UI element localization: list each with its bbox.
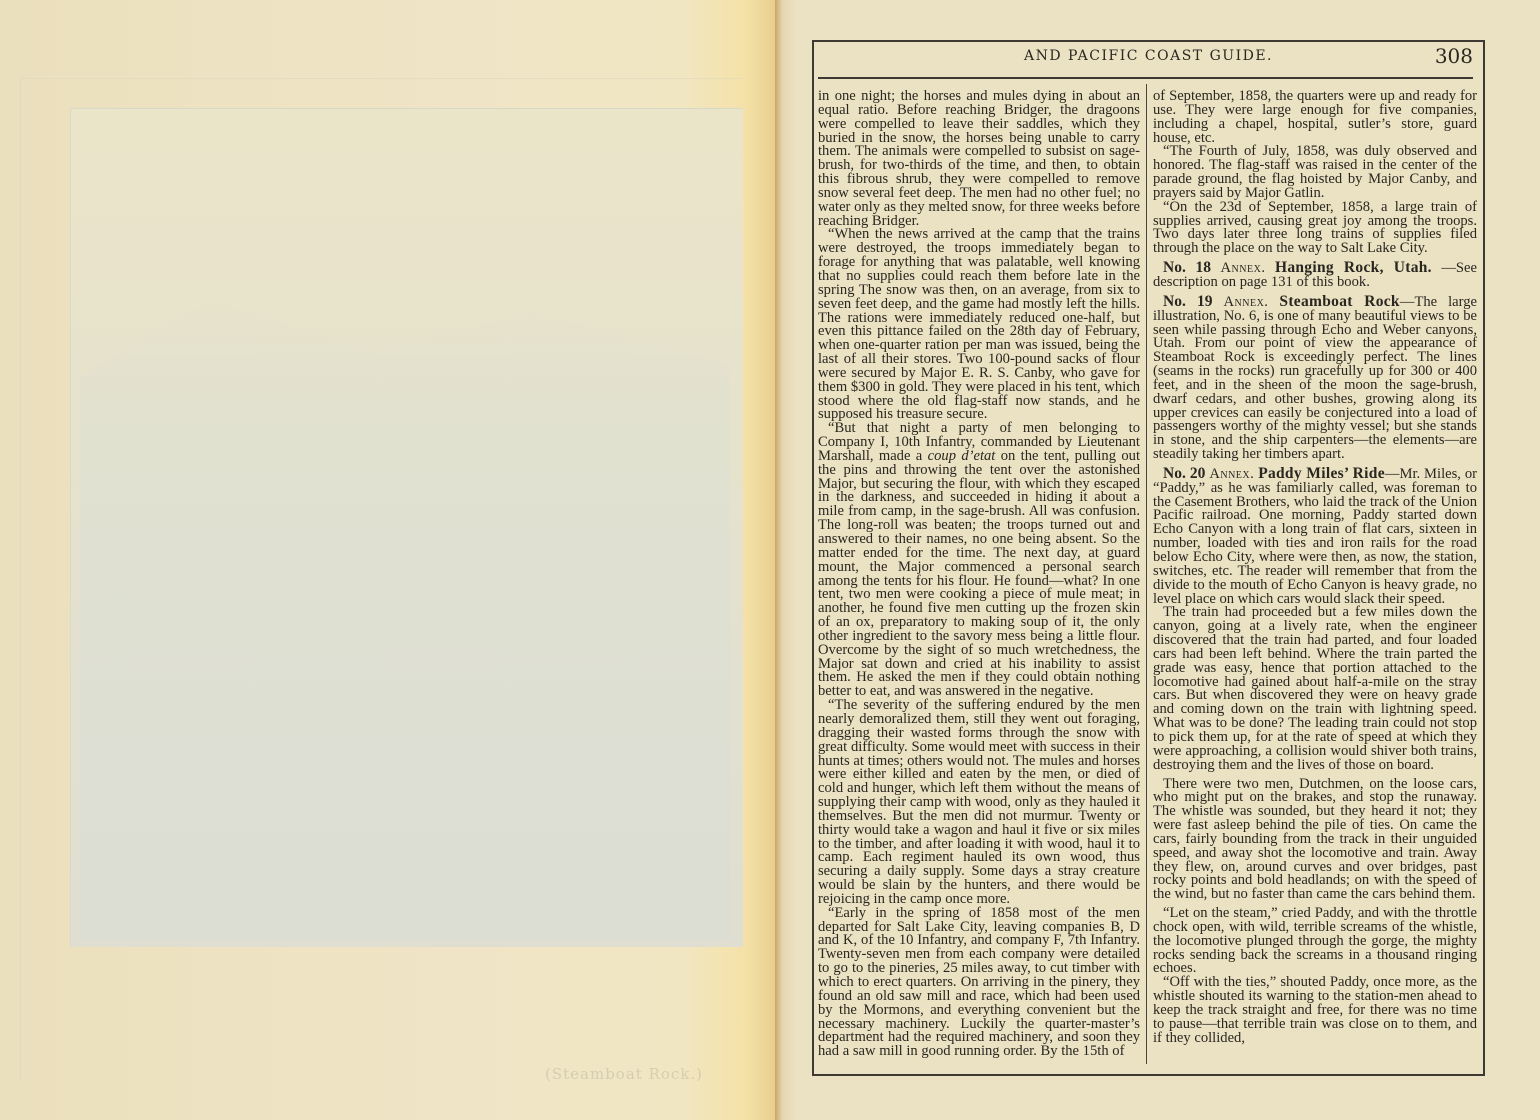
paragraph: of September, 1858, the quarters were up… [1153,90,1477,145]
paragraph: “When the news arrived at the camp that … [818,228,1140,422]
paragraph: “But that night a party of men belonging… [818,422,1140,699]
annex-entry-20: No. 20 Annex. Paddy Miles’ Ride—Mr. Mile… [1153,467,1477,606]
running-title: AND PACIFIC COAST GUIDE. [812,48,1485,64]
paragraph: The train had proceeded but a few miles … [1153,606,1477,772]
paragraph: “Let on the steam,” cried Paddy, and wit… [1153,907,1477,976]
page-number: 308 [1435,44,1473,68]
paragraph: “The Fourth of July, 1858, was duly obse… [1153,145,1477,200]
annex-body: —Mr. Miles, or “Paddy,” as he was famili… [1153,466,1477,607]
paragraph: “Off with the ties,” shouted Paddy, once… [1153,976,1477,1045]
annex-body: —The large illustration, No. 6, is one o… [1153,294,1477,462]
paragraph: There were two men, Dutchmen, on the loo… [1153,778,1477,903]
text-column-left: in one night; the horses and mules dying… [818,90,1140,1059]
column-divider [1146,84,1147,1064]
text-column-right: of September, 1858, the quarters were up… [1153,90,1477,1046]
paragraph: “Early in the spring of 1858 most of the… [818,907,1140,1059]
left-page: (Steamboat Rock.) [0,0,775,1120]
annex-entry-19: No. 19 Annex. Steamboat Rock—The large i… [1153,295,1477,462]
paragraph-text: on the tent, pulling out the pins and th… [818,448,1140,699]
header-rule [818,77,1473,79]
paragraph: “On the 23d of September, 1858, a large … [1153,201,1477,256]
annex-entry-18: No. 18 Annex. Hanging Rock, Utah. —See d… [1153,261,1477,290]
paragraph: in one night; the horses and mules dying… [818,90,1140,228]
faded-illustration [80,300,730,940]
paragraph: “The severity of the suffering endured b… [818,699,1140,907]
running-head: AND PACIFIC COAST GUIDE. 308 [812,44,1485,72]
plate-caption: (Steamboat Rock.) [545,1065,703,1083]
